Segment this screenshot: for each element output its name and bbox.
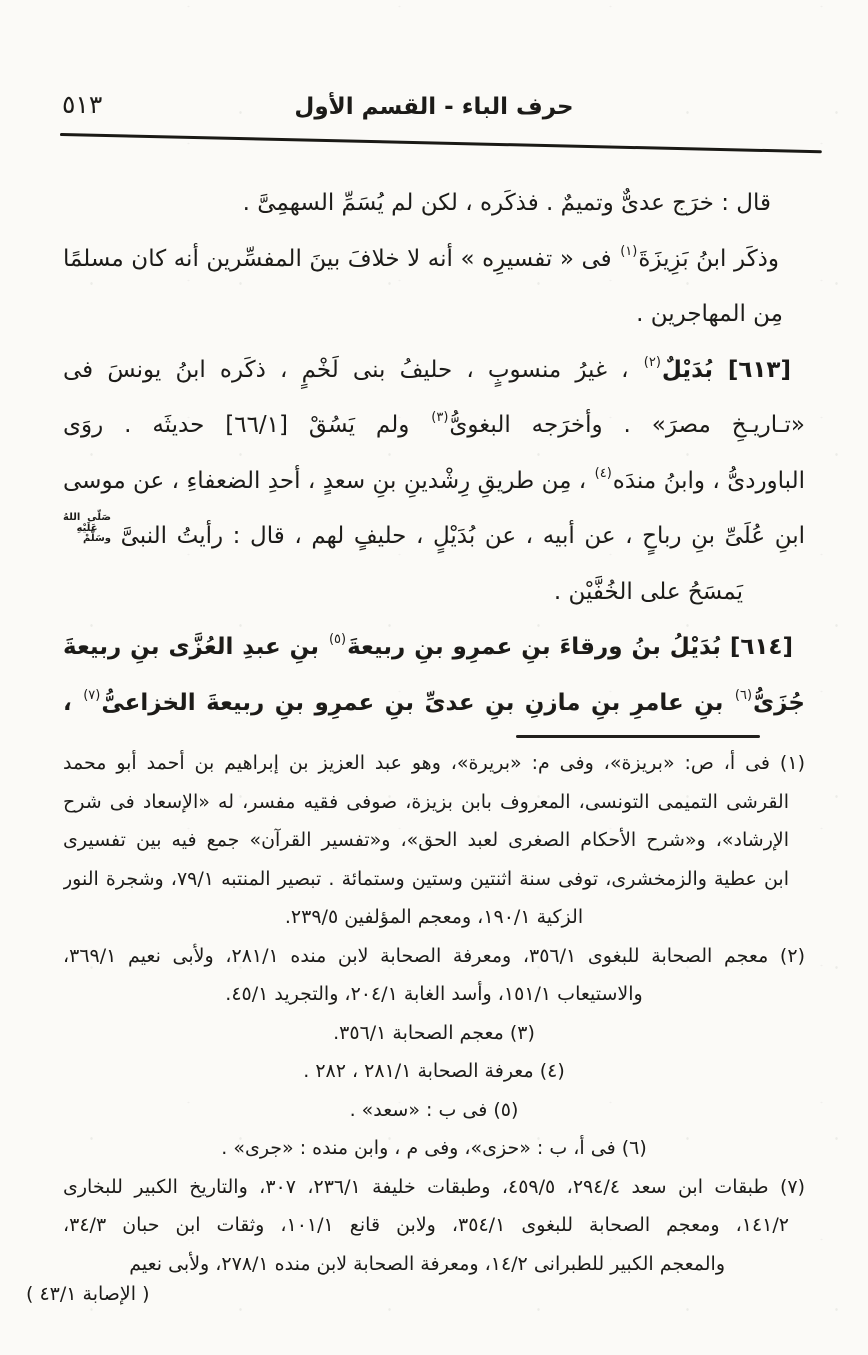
book-page: ٥١٣ حرف الباء - القسم الأول قال : خرَج ع…	[0, 0, 868, 1355]
body-text: قال : خرَج عدىٌّ وتميمٌ . فذكَره ، لكن ل…	[63, 176, 805, 731]
body-line-text: يَمسَحُ على الخُفَّيْن .	[554, 579, 743, 605]
body-line-text: بنِ عامرِ بنِ مازنِ بنِ عدىِّ بنِ عمرِو …	[101, 690, 734, 716]
footnote-line: والمعجم الكبير للطبرانى ١٤/٢، ومعرفة الص…	[63, 1245, 805, 1284]
body-line: يَمسَحُ على الخُفَّيْن .	[63, 565, 805, 621]
body-line-text: ابنِ عُلَىِّ بنِ رباحٍ ، عن أبيه ، عن بُ…	[111, 523, 805, 549]
footnote-separator	[516, 735, 760, 738]
section-title: حرف الباء - القسم الأول	[0, 94, 868, 120]
body-line-text: فى « تفسيرِه » أنه لا خلافَ بينَ المفسِّ…	[63, 246, 619, 272]
footnote-line: ١٤١/٢، ومعجم الصحابة للبغوى ٣٥٤/١، ولابن…	[63, 1206, 805, 1245]
body-line: ابنِ عُلَىِّ بنِ رباحٍ ، عن أبيه ، عن بُ…	[63, 509, 805, 565]
body-line-text: ، مِن طريقِ رِشْدينِ بنِ سعدٍ ، أحدِ الض…	[63, 468, 594, 494]
body-line-text: ولم يَسُقْ [٦٦/١] حديثَه . روَى	[63, 412, 430, 438]
body-line: جُزَىُّ(٦) بنِ عامرِ بنِ مازنِ بنِ عدىِّ…	[63, 676, 805, 732]
footnote-line: (١) فى أ، ص: «بريزة»، وفى م: «بريرة»، وه…	[63, 744, 805, 783]
body-line: الباوردىُّ ، وابنُ مندَه(٤) ، مِن طريقِ …	[63, 454, 805, 510]
body-line: قال : خرَج عدىٌّ وتميمٌ . فذكَره ، لكن ل…	[63, 176, 805, 232]
footnote-line: (٦) فى أ، ب : «حزى»، وفى م ، وابن منده :…	[63, 1129, 805, 1168]
footnote-line: (٧) طبقات ابن سعد ٢٩٤/٤، ٤٥٩/٥، وطبقات خ…	[63, 1168, 805, 1207]
footnote-line: (٥) فى ب : «سعد» .	[63, 1091, 805, 1130]
footnote-line: الزكية ١٩٠/١، ومعجم المؤلفين ٢٣٩/٥.	[63, 898, 805, 937]
footnote-line: القرشى التميمى التونسى، المعروف بابن بزي…	[63, 783, 805, 822]
body-line-text: وذكَر ابنُ بَزِيزَةَ	[638, 246, 779, 272]
footnote-line: ابن عطية والزمخشرى، توفى سنة اثنتين وستي…	[63, 860, 805, 899]
footnote-line: (٤) معرفة الصحابة ٢٨١/١ ، ٢٨٢ .	[63, 1052, 805, 1091]
body-line: وذكَر ابنُ بَزِيزَةَ(١) فى « تفسيرِه » أ…	[63, 232, 805, 288]
footnote-line: (٢) معجم الصحابة للبغوى ٣٥٦/١، ومعرفة ال…	[63, 937, 805, 976]
footnote-line: الإرشاد»، و«شرح الأحكام الصغرى لعبد الحق…	[63, 821, 805, 860]
body-line: «تـاريـخِ مصرَ» . وأخرَجه البغوىُّ(٣) ول…	[63, 398, 805, 454]
body-line-text: «تـاريـخِ مصرَ» . وأخرَجه البغوىُّ	[449, 412, 805, 438]
salawat-symbol: صَلَّى اللهُعَلَيْهِ وسَلَّمْ	[63, 513, 111, 545]
header-rule	[60, 133, 822, 153]
body-line-text: ، غيرُ منسوبٍ ، حليفُ بنى لَخْمٍ ، ذكَره…	[63, 357, 643, 383]
body-line-text: [٦١٤] بُدَيْلُ بنُ ورقاءَ بنِ عمرِو بنِ …	[347, 634, 793, 660]
footnotes: (١) فى أ، ص: «بريزة»، وفى م: «بريرة»، وه…	[63, 744, 805, 1283]
body-line-text: [٦١٣] بُدَيْلٌ	[662, 357, 791, 383]
body-line: [٦١٣] بُدَيْلٌ(٢) ، غيرُ منسوبٍ ، حليفُ …	[63, 343, 805, 399]
body-line-text: مِن المهاجرين .	[636, 301, 783, 327]
footnote-line: (٣) معجم الصحابة ٣٥٦/١.	[63, 1014, 805, 1053]
body-line: مِن المهاجرين .	[63, 287, 805, 343]
body-line-text: قال : خرَج عدىٌّ وتميمٌ . فذكَره ، لكن ل…	[243, 190, 771, 216]
edition-reference: ( الإصابة ٤٣/١ )	[26, 1283, 150, 1305]
body-line-text: جُزَىُّ	[753, 690, 805, 716]
body-line: [٦١٤] بُدَيْلُ بنُ ورقاءَ بنِ عمرِو بنِ …	[63, 620, 805, 676]
footnote-line: والاستيعاب ١٥١/١، وأسد الغابة ٢٠٤/١، وال…	[63, 975, 805, 1014]
body-line-text: الباوردىُّ ، وابنُ مندَه	[613, 468, 805, 494]
